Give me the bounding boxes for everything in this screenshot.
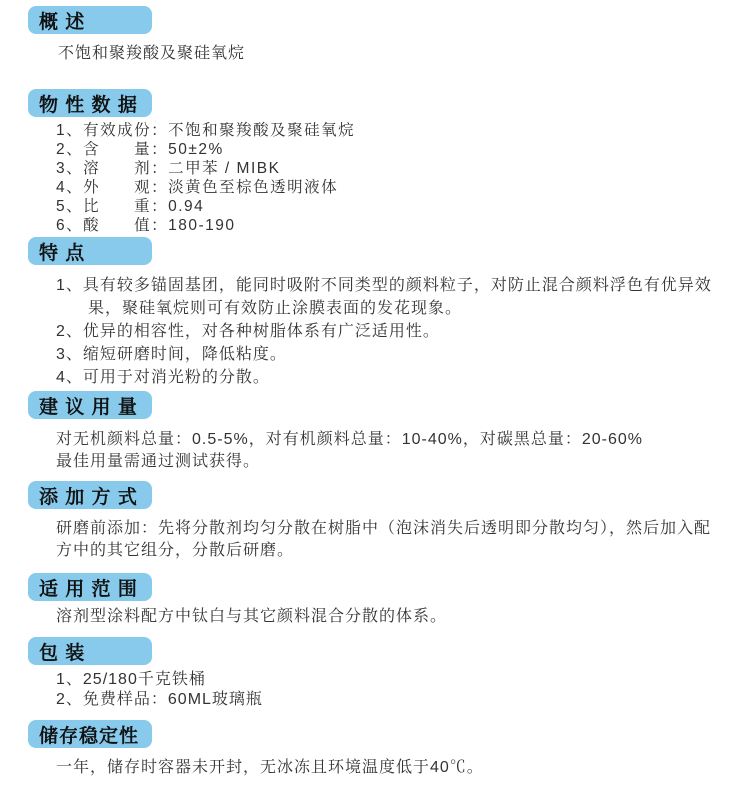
datasheet-page: 概 述 不饱和聚羧酸及聚硅氧烷 物 性 数 据 1、有效成份：不饱和聚羧酸及聚硅… — [0, 6, 747, 789]
section-header-properties: 物 性 数 据 — [28, 89, 152, 117]
property-item-acid-value: 6、酸 值：180-190 — [56, 216, 747, 235]
section-features: 特 点 1、具有较多锚固基团，能同时吸附不同类型的颜料粒子，对防止混合颜料浮色有… — [0, 237, 747, 389]
dosage-line-amounts: 对无机颜料总量：0.5-5%，对有机颜料总量：10-40%，对碳黑总量：20-6… — [56, 429, 723, 451]
property-item-active-ingredient: 1、有效成份：不饱和聚羧酸及聚硅氧烷 — [56, 121, 747, 140]
section-applicable-scope: 适 用 范 围 溶剂型涂料配方中钛白与其它颜料混合分散的体系。 — [0, 573, 747, 628]
section-storage-stability: 储存稳定性 一年，储存时容器未开封，无冰冻且环境温度低于40℃。 — [0, 720, 747, 779]
section-header-features: 特 点 — [28, 237, 152, 265]
feature-item: 1、具有较多锚固基团，能同时吸附不同类型的颜料粒子，对防止混合颜料浮色有优异效果… — [56, 274, 723, 320]
section-header-overview: 概 述 — [28, 6, 152, 34]
applicable-scope-text: 溶剂型涂料配方中钛白与其它颜料混合分散的体系。 — [56, 606, 723, 628]
feature-item: 4、可用于对消光粉的分散。 — [56, 366, 723, 389]
addition-method-text: 研磨前添加：先将分散剂均匀分散在树脂中（泡沫消失后透明即分散均匀），然后加入配方… — [56, 518, 723, 562]
packaging-list: 1、25/180千克铁桶 2、免费样品：60ML玻璃瓶 — [56, 670, 747, 710]
dosage-text-block: 对无机颜料总量：0.5-5%，对有机颜料总量：10-40%，对碳黑总量：20-6… — [56, 429, 723, 473]
packaging-item-drum: 1、25/180千克铁桶 — [56, 670, 747, 690]
section-header-packaging: 包 装 — [28, 637, 152, 665]
section-properties: 物 性 数 据 1、有效成份：不饱和聚羧酸及聚硅氧烷 2、含 量：50±2% 3… — [0, 89, 747, 235]
section-addition-method: 添 加 方 式 研磨前添加：先将分散剂均匀分散在树脂中（泡沫消失后透明即分散均匀… — [0, 481, 747, 562]
section-overview: 概 述 不饱和聚羧酸及聚硅氧烷 — [0, 6, 747, 63]
property-item-content: 2、含 量：50±2% — [56, 140, 747, 159]
section-header-applicable-scope: 适 用 范 围 — [28, 573, 152, 601]
dosage-line-note: 最佳用量需通过测试获得。 — [56, 451, 723, 473]
properties-list: 1、有效成份：不饱和聚羧酸及聚硅氧烷 2、含 量：50±2% 3、溶 剂：二甲苯… — [56, 121, 747, 235]
property-item-appearance: 4、外 观：淡黄色至棕色透明液体 — [56, 178, 747, 197]
overview-text: 不饱和聚羧酸及聚硅氧烷 — [58, 44, 723, 63]
packaging-item-sample: 2、免费样品：60ML玻璃瓶 — [56, 690, 747, 710]
section-dosage: 建 议 用 量 对无机颜料总量：0.5-5%，对有机颜料总量：10-40%，对碳… — [0, 391, 747, 473]
feature-item: 3、缩短研磨时间，降低粘度。 — [56, 343, 723, 366]
property-item-solvent: 3、溶 剂：二甲苯 / MIBK — [56, 159, 747, 178]
features-list: 1、具有较多锚固基团，能同时吸附不同类型的颜料粒子，对防止混合颜料浮色有优异效果… — [56, 274, 723, 389]
section-header-addition-method: 添 加 方 式 — [28, 481, 152, 509]
property-item-specific-gravity: 5、比 重：0.94 — [56, 197, 747, 216]
feature-item: 2、优异的相容性，对各种树脂体系有广泛适用性。 — [56, 320, 723, 343]
section-header-storage-stability: 储存稳定性 — [28, 720, 152, 748]
section-packaging: 包 装 1、25/180千克铁桶 2、免费样品：60ML玻璃瓶 — [0, 637, 747, 710]
storage-stability-text: 一年，储存时容器未开封，无冰冻且环境温度低于40℃。 — [56, 757, 723, 779]
section-header-dosage: 建 议 用 量 — [28, 391, 152, 419]
